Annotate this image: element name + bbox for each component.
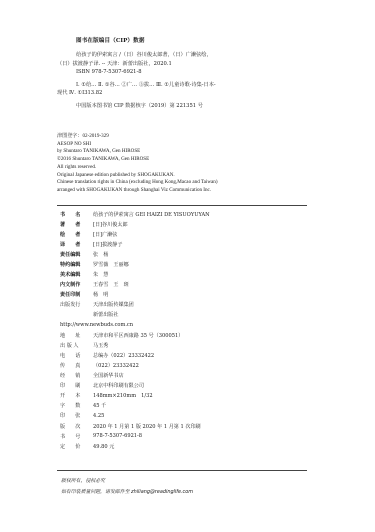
- cip-title: 图书在版编目（CIP）数据: [76, 36, 145, 44]
- translation-rights-note: Chinese translation rights in China (exc…: [57, 179, 357, 187]
- info-row-price: 定 价49.80 元: [60, 441, 320, 451]
- website-link[interactable]: http://www.newbuds.com.cn: [60, 322, 133, 328]
- info-row-publisher-person: 出 版 人马玉秀: [60, 340, 320, 350]
- info-row-title: 书 名给孩子的伊索寓言 GEI HAIZI DE YISUOYUYAN: [60, 209, 320, 219]
- info-row-website: http://www.newbuds.com.cn: [60, 320, 320, 330]
- cip-isbn-line: ISBN 978-7-5307-6921-8: [57, 68, 217, 77]
- publication-info: 书 名给孩子的伊索寓言 GEI HAIZI DE YISUOYUYAN 著 者[…: [60, 209, 320, 451]
- bottom-divider: [57, 470, 307, 471]
- info-row-illustrator: 绘 者[日]广濑弦: [60, 229, 320, 239]
- info-row-layout: 内文制作王春雪 王 斑: [60, 280, 320, 290]
- all-rights-reserved: All rights reserved.: [57, 164, 357, 172]
- info-row-translator: 译 者[日]拔渡静子: [60, 239, 320, 249]
- info-row-address: 地 址天津市和平区西康路 35 号（300051）: [60, 330, 320, 340]
- footer-notes: 版权所有，侵权必究 如有印装质量问题，请发邮件至 zhiliang@readin…: [61, 476, 361, 498]
- info-row-editor: 责任编辑张 杨: [60, 249, 320, 259]
- cip-classification-line: Ⅰ. ①给… Ⅱ. ①谷… ②广… ③拔… Ⅲ. ①儿童诗歌-诗集-日本-现代 …: [57, 81, 217, 98]
- copyright-notice: ©2016 Shuntaro TANIKAWA, Gen HIROSE: [57, 156, 357, 164]
- rights-block: 津图登字：02-2019-329 AESOP NO SHI by Shuntar…: [57, 133, 357, 195]
- copyright-warning: 版权所有，侵权必究: [61, 476, 361, 487]
- info-row-fax: 传 真（022）23332422: [60, 360, 320, 370]
- info-row-sheets: 印 张4.25: [60, 411, 320, 421]
- original-authors: by Shuntaro TANIKAWA, Gen HIROSE: [57, 148, 357, 156]
- arrangement-note: arranged with SHOGAKUKAN through Shangha…: [57, 187, 357, 195]
- info-row-publisher: 新蕾出版社: [60, 310, 320, 320]
- quality-contact: 如有印装质量问题，请发邮件至 zhiliang@readinglife.com: [61, 487, 361, 498]
- original-title: AESOP NO SHI: [57, 141, 357, 149]
- registration-number: 津图登字：02-2019-329: [57, 133, 357, 141]
- info-row-format: 开 本148mm×210mm 1/32: [60, 391, 320, 401]
- info-row-special-editor: 特约编辑罗雪薇 王丽娜: [60, 259, 320, 269]
- cip-record-number: 中国版本图书馆 CIP 数据核字（2019）第 221351 号: [57, 102, 217, 111]
- info-row-distributor: 经 销全国新华书店: [60, 371, 320, 381]
- info-row-edition: 版 次2020 年 1 月第 1 版 2020 年 1 月第 1 次印刷: [60, 421, 320, 431]
- top-divider: [57, 205, 307, 206]
- info-row-printer: 印 刷北京中科印刷有限公司: [60, 381, 320, 391]
- cip-bibliographic-line: 给孩子的伊索寓言 /（日）谷川俊太郎著，（日）广濑弦绘，（日）拔渡静子译. --…: [57, 51, 217, 68]
- info-row-publisher-group: 出版发行天津出版传媒集团: [60, 300, 320, 310]
- cip-data-block: 给孩子的伊索寓言 /（日）谷川俊太郎著，（日）广濑弦绘，（日）拔渡静子译. --…: [57, 51, 217, 111]
- info-row-art-editor: 美术编辑朱 慧: [60, 270, 320, 280]
- info-row-isbn: 书 号978-7-5307-6921-8: [60, 431, 320, 441]
- info-row-printing-supervisor: 责任印制杨 明: [60, 290, 320, 300]
- info-row-author: 著 者[日]谷川俊太郎: [60, 219, 320, 229]
- info-row-phone: 电 话总编办（022）23332422: [60, 350, 320, 360]
- copyright-page: 图书在版编目（CIP）数据 给孩子的伊索寓言 /（日）谷川俊太郎著，（日）广濑弦…: [0, 0, 375, 532]
- info-row-word-count: 字 数45 千: [60, 401, 320, 411]
